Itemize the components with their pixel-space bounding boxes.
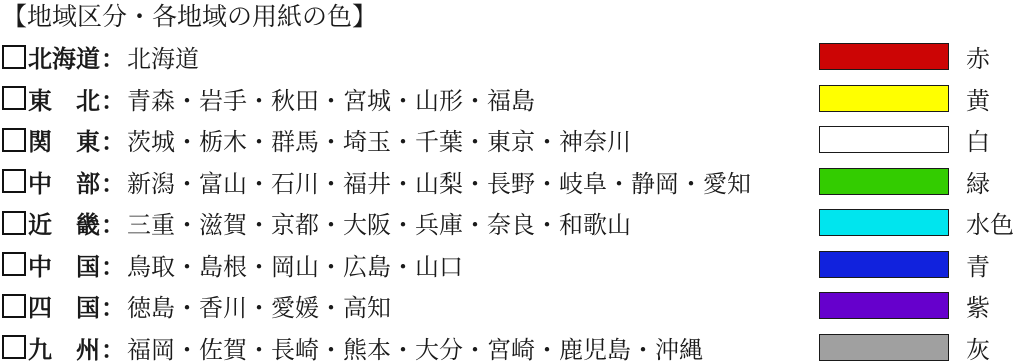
region-colon: ： [101,39,125,74]
region-row: 四 国 ： 徳島・香川・愛媛・高知 紫 [2,285,1024,327]
region-row: 近 畿 ： 三重・滋賀・京都・大阪・兵庫・奈良・和歌山 水色 [2,202,1024,244]
region-label: 関 東 [28,122,101,157]
color-name-label: 灰 [966,330,1024,362]
paper-color-swatch [819,43,949,70]
paper-color-swatch [819,209,949,236]
region-rows: 北海道 ： 北海道 赤 東 北 ： 青森・岩手・秋田・宮城・山形・福島 黄 関 … [2,36,1024,362]
region-label: 中 部 [28,164,101,199]
region-colon: ： [101,205,125,240]
region-colon: ： [101,122,125,157]
region-checkbox[interactable] [2,45,26,69]
region-colon: ： [101,81,125,116]
paper-color-swatch [819,251,949,278]
prefecture-list: 青森・岩手・秋田・宮城・山形・福島 [125,81,819,116]
prefecture-list: 福岡・佐賀・長崎・熊本・大分・宮崎・鹿児島・沖縄 [125,330,819,362]
region-colon: ： [101,330,125,362]
region-label: 九 州 [28,330,101,362]
color-name-label: 緑 [966,164,1024,199]
region-colon: ： [101,288,125,323]
region-label: 近 畿 [28,205,101,240]
region-colon: ： [101,247,125,282]
prefecture-list: 徳島・香川・愛媛・高知 [125,288,819,323]
region-label: 北海道 [28,39,101,74]
region-checkbox[interactable] [2,211,26,235]
paper-color-swatch [819,168,949,195]
region-row: 東 北 ： 青森・岩手・秋田・宮城・山形・福島 黄 [2,78,1024,120]
region-checkbox[interactable] [2,335,26,359]
document-page: 【地域区分・各地域の用紙の色】 北海道 ： 北海道 赤 東 北 ： 青森・岩手・… [0,0,1024,362]
color-name-label: 赤 [966,39,1024,74]
prefecture-list: 新潟・富山・石川・福井・山梨・長野・岐阜・静岡・愛知 [125,164,819,199]
region-checkbox[interactable] [2,128,26,152]
region-colon: ： [101,164,125,199]
region-label: 中 国 [28,247,101,282]
region-row: 北海道 ： 北海道 赤 [2,36,1024,78]
region-row: 九 州 ： 福岡・佐賀・長崎・熊本・大分・宮崎・鹿児島・沖縄 灰 [2,327,1024,362]
paper-color-swatch [819,126,949,153]
color-name-label: 青 [966,247,1024,282]
region-row: 関 東 ： 茨城・栃木・群馬・埼玉・千葉・東京・神奈川 白 [2,119,1024,161]
paper-color-swatch [819,85,949,112]
prefecture-list: 鳥取・島根・岡山・広島・山口 [125,247,819,282]
color-name-label: 紫 [966,288,1024,323]
prefecture-list: 北海道 [125,39,819,74]
page-title: 【地域区分・各地域の用紙の色】 [2,2,1024,36]
paper-color-swatch [819,292,949,319]
color-name-label: 黄 [966,81,1024,116]
region-label: 四 国 [28,288,101,323]
region-checkbox[interactable] [2,294,26,318]
region-row: 中 部 ： 新潟・富山・石川・福井・山梨・長野・岐阜・静岡・愛知 緑 [2,161,1024,203]
color-name-label: 水色 [966,205,1024,240]
paper-color-swatch [819,334,949,361]
prefecture-list: 三重・滋賀・京都・大阪・兵庫・奈良・和歌山 [125,205,819,240]
region-checkbox[interactable] [2,252,26,276]
region-row: 中 国 ： 鳥取・島根・岡山・広島・山口 青 [2,244,1024,286]
region-label: 東 北 [28,81,101,116]
color-name-label: 白 [966,122,1024,157]
region-checkbox[interactable] [2,169,26,193]
region-checkbox[interactable] [2,86,26,110]
prefecture-list: 茨城・栃木・群馬・埼玉・千葉・東京・神奈川 [125,122,819,157]
